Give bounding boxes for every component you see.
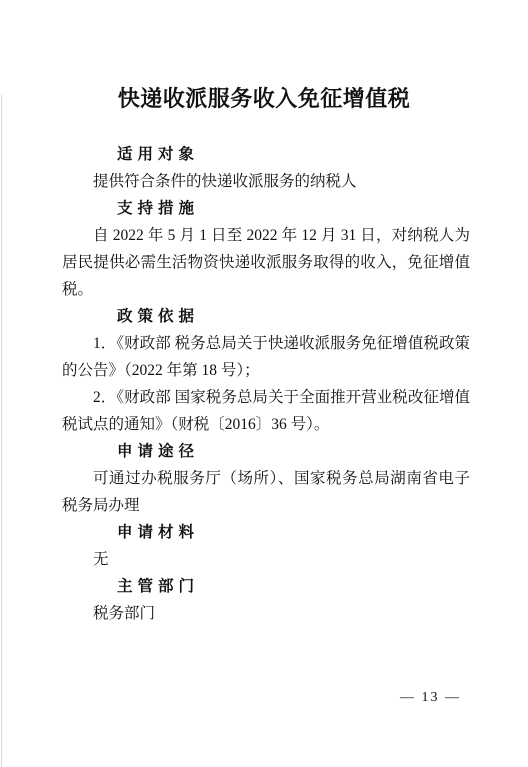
section-heading-policy-basis: 政策依据 — [62, 303, 470, 330]
paragraph-applicable-objects: 提供符合条件的快递收派服务的纳税人 — [62, 168, 470, 195]
section-heading-support-measures: 支持措施 — [62, 195, 470, 222]
paragraph-policy-basis-item-2: 2．《财政部 国家税务总局关于全面推开营业税改征增值税试点的通知》（财税〔201… — [62, 384, 470, 438]
section-heading-application-channel: 申请途径 — [62, 438, 470, 465]
paragraph-competent-department: 税务部门 — [62, 600, 470, 627]
document-page: 快递收派服务收入免征增值税 适用对象 提供符合条件的快递收派服务的纳税人 支持措… — [0, 0, 528, 767]
page-scan-edge-line — [1, 95, 2, 767]
page-title: 快递收派服务收入免征增值税 — [0, 84, 528, 113]
section-heading-applicable-objects: 适用对象 — [62, 141, 470, 168]
page-number: — 13 — — [400, 690, 461, 706]
paragraph-support-measures: 自 2022 年 5 月 1 日至 2022 年 12 月 31 日，对纳税人为… — [62, 222, 470, 303]
paragraph-application-materials: 无 — [62, 546, 470, 573]
section-heading-competent-department: 主管部门 — [62, 573, 470, 600]
paragraph-policy-basis-item-1: 1．《财政部 税务总局关于快递收派服务免征增值税政策的公告》（2022 年第 1… — [62, 330, 470, 384]
paragraph-application-channel: 可通过办税服务厅（场所）、国家税务总局湖南省电子税务局办理 — [62, 465, 470, 519]
document-content: 适用对象 提供符合条件的快递收派服务的纳税人 支持措施 自 2022 年 5 月… — [62, 141, 470, 627]
section-heading-application-materials: 申请材料 — [62, 519, 470, 546]
